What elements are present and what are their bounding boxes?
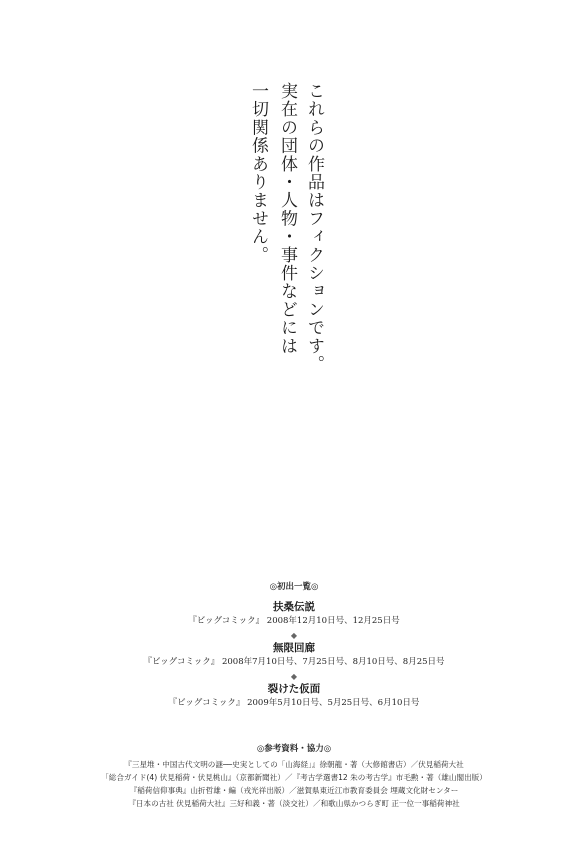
reference-line: 『三星堆・中国古代文明の謎──史実としての「山海経」』徐朝龍・著（大修館書店）／… xyxy=(0,758,588,771)
reference-line: 『稲荷信仰事典』山折哲雄・編（戎光祥出版）／滋賀県東近江市教育委員会 埋蔵文化財… xyxy=(0,784,588,797)
work-issues: 『ビッグコミック』 2008年7月10日号、7月25日号、8月10日号、8月25… xyxy=(0,656,588,669)
disclaimer-line-2: 実在の団体・人物・事件などには xyxy=(277,82,297,355)
work-title: 扶桑伝説 xyxy=(0,600,588,615)
references-section: ◎参考資料・協力◎ 『三星堆・中国古代文明の謎──史実としての「山海経」』徐朝龍… xyxy=(0,742,588,810)
work-title: 無限回廊 xyxy=(0,641,588,656)
diamond-separator-icon: ◆ xyxy=(0,630,588,641)
references-heading: ◎参考資料・協力◎ xyxy=(0,742,588,756)
disclaimer-line-1: これらの作品はフィクションです。 xyxy=(304,82,324,373)
work-title: 裂けた仮面 xyxy=(0,682,588,697)
reference-line: 『日本の古社 伏見稲荷大社』三好和義・著（淡交社）／和歌山県かつらぎ町 正一位一… xyxy=(0,797,588,810)
work-issues: 『ビッグコミック』 2008年12月10日号、12月25日号 xyxy=(0,615,588,628)
disclaimer-block: これらの作品はフィクションです。 実在の団体・人物・事件などには 一切関係ありま… xyxy=(246,82,326,402)
first-publication-section: ◎初出一覧◎ 扶桑伝説 『ビッグコミック』 2008年12月10日号、12月25… xyxy=(0,580,588,710)
diamond-separator-icon: ◆ xyxy=(0,671,588,682)
disclaimer-line-3: 一切関係ありません。 xyxy=(248,82,268,264)
work-issues: 『ビッグコミック』 2009年5月10日号、5月25日号、6月10日号 xyxy=(0,697,588,710)
first-publication-heading: ◎初出一覧◎ xyxy=(0,580,588,594)
reference-line: 「総合ガイド(4) 伏見稲荷・伏見桃山』（京都新聞社）／『考古学選書12 朱の考… xyxy=(0,771,588,784)
